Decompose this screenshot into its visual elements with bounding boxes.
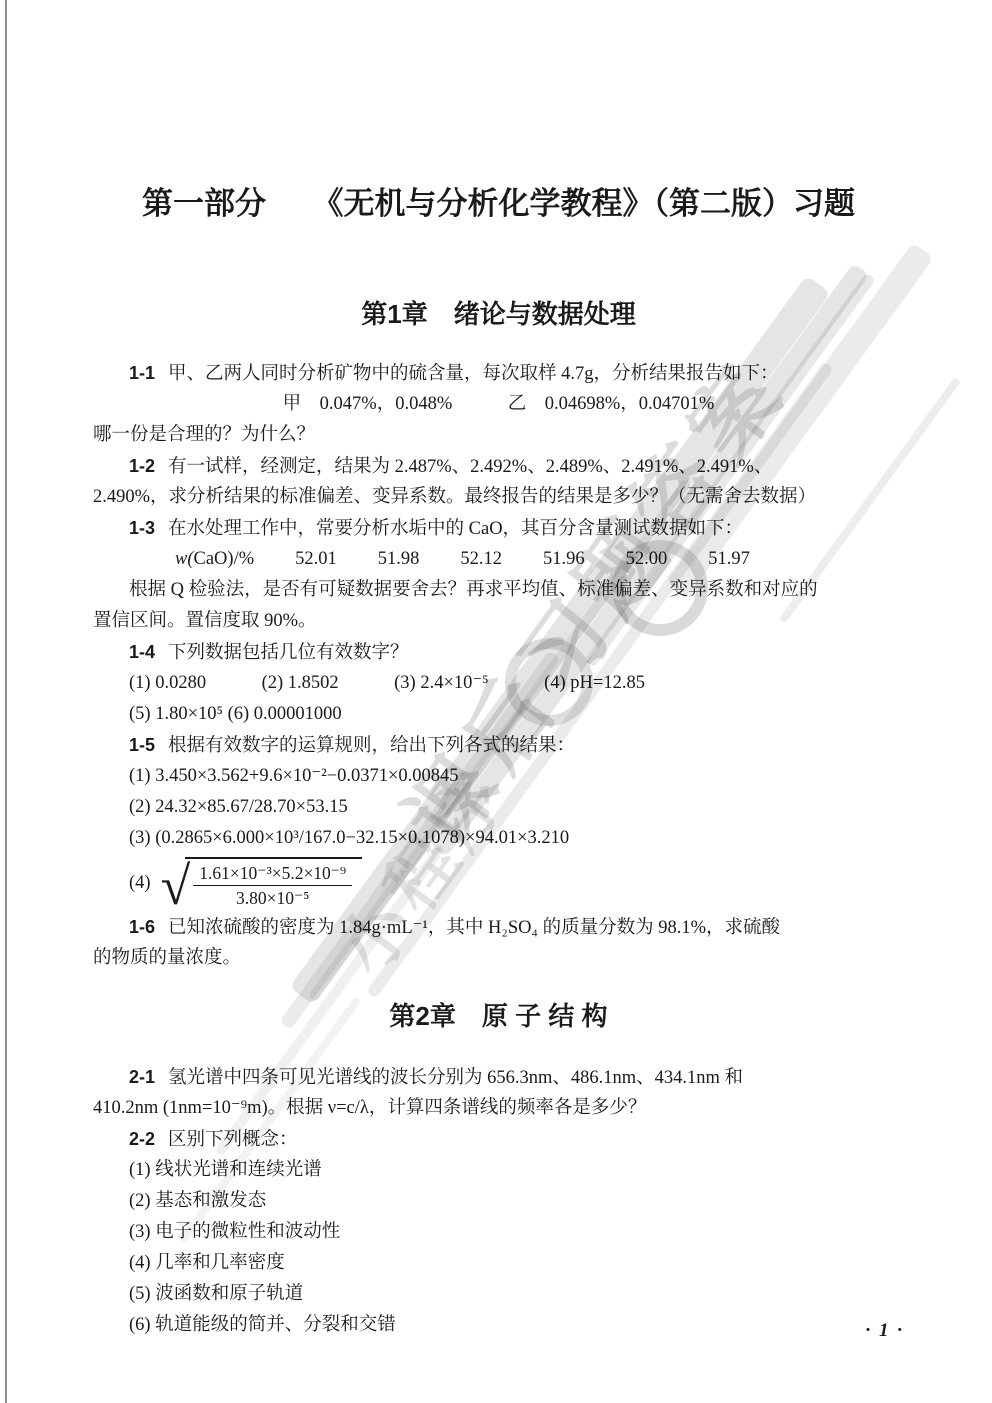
problem-text: 区别下列概念： <box>168 1130 298 1150</box>
problem-text-line: 410.2nm (1nm=10⁻⁹m)。根据 ν=c/λ，计算四条谱线的频率各是… <box>93 1093 904 1124</box>
problem-text-line: 1-3在水处理工作中，常要分析水垢中的 CaO，其百分含量测试数据如下： <box>93 513 904 544</box>
measurement-data-row: w(CaO)/%52.0151.9852.1251.9652.0051.97 <box>93 544 904 575</box>
problem-text-line: 1-5根据有效数字的运算规则，给出下列各式的结果： <box>93 730 904 761</box>
problem-text: 根据 Q 检验法，是否有可疑数据要舍去？再求平均值、标准偏差、变异系数和对应的 <box>129 580 818 600</box>
problem-text: (2) 基态和激发态 <box>129 1191 266 1211</box>
problem-text-line: (4) 几率和几率密度 <box>93 1248 904 1279</box>
data-value-cell: 52.00 <box>626 544 668 575</box>
problem-text-line: (5) 波函数和原子轨道 <box>93 1279 904 1310</box>
problem-text: (3) (0.2865×6.000×10³/167.0−32.15×0.1078… <box>129 828 569 848</box>
problem-text-line: 置信区间。置信度取 90%。 <box>93 606 904 637</box>
problem-text-line: 的物质的量浓度。 <box>93 943 904 974</box>
problem-text-line: (1) 线状光谱和连续光谱 <box>93 1155 904 1186</box>
fraction-numerator: 1.61×10⁻³×5.2×10⁻⁹ <box>193 862 352 886</box>
radical-sign: √ <box>161 859 191 913</box>
problem-text: (5) 波函数和原子轨道 <box>129 1284 303 1304</box>
problem-text-line: 2.490%，求分析结果的标准偏差、变异系数。最终报告的结果是多少？（无需舍去数… <box>93 482 904 513</box>
data-value-cell: 52.12 <box>460 544 502 575</box>
data-value-cell: 51.97 <box>708 544 750 575</box>
reported-values-line: 甲 0.047%，0.048% 乙 0.04698%，0.04701% <box>93 389 904 420</box>
problem-text: 哪一份是合理的？为什么？ <box>93 425 315 445</box>
radicand: 1.61×10⁻³×5.2×10⁻⁹3.80×10⁻⁵ <box>185 857 362 910</box>
problem-number: 1-6 <box>129 917 155 937</box>
problem-text: (4) 几率和几率密度 <box>129 1253 285 1273</box>
problem-text: (1) 线状光谱和连续光谱 <box>129 1160 322 1180</box>
scanned-textbook-page: 课后习题答案 小程序 第一部分 《无机与分析化学教程》（第二版）习题 第1章 绪… <box>0 0 992 1403</box>
chapter-heading: 第1章 绪论与数据处理 <box>93 296 904 332</box>
problem-text-line: 1-1甲、乙两人同时分析矿物中的硫含量，每次取样 4.7g，分析结果报告如下： <box>93 358 904 389</box>
problem-text-line: 1-2有一试样，经测定，结果为 2.487%、2.492%、2.489%、2.4… <box>93 451 904 482</box>
scan-edge-line <box>5 0 7 1403</box>
problem-number: 1-1 <box>129 363 155 383</box>
problem-text-line: (5) 1.80×10⁵ (6) 0.00001000 <box>93 699 904 730</box>
page-content: 第一部分 《无机与分析化学教程》（第二版）习题 第1章 绪论与数据处理1-1甲、… <box>93 182 904 1341</box>
problem-text: 的物质的量浓度。 <box>93 948 241 968</box>
problem-number: 1-3 <box>129 518 155 538</box>
problem-text: 410.2nm (1nm=10⁻⁹m)。根据 ν=c/λ，计算四条谱线的频率各是… <box>93 1098 646 1118</box>
problem-text-line: 1-4下列数据包括几位有效数字？ <box>93 637 904 668</box>
problem-number: 2-2 <box>129 1129 155 1149</box>
problem-text: 置信区间。置信度取 90%。 <box>93 611 317 631</box>
data-value-cell: 51.96 <box>543 544 585 575</box>
reported-values-text: 甲 0.047%，0.048% 乙 0.04698%，0.04701% <box>283 394 715 414</box>
radical-formula: (4)√1.61×10⁻³×5.2×10⁻⁹3.80×10⁻⁵ <box>93 854 904 912</box>
problem-number: 1-4 <box>129 642 155 662</box>
problem-text: 甲、乙两人同时分析矿物中的硫含量，每次取样 4.7g，分析结果报告如下： <box>168 364 779 384</box>
problem-text: 已知浓硫酸的密度为 1.84g·mL⁻¹，其中 H₂SO₄ 的质量分数为 98.… <box>168 918 780 938</box>
formula-item-label: (4) <box>129 873 151 894</box>
page-number: · 1 · <box>866 1320 905 1342</box>
problem-text-line: 2-1氢光谱中四条可见光谱线的波长分别为 656.3nm、486.1nm、434… <box>93 1062 904 1093</box>
part-title: 第一部分 《无机与分析化学教程》（第二版）习题 <box>93 182 904 226</box>
data-value-cell: 52.01 <box>295 544 337 575</box>
problem-text-line: 1-6已知浓硫酸的密度为 1.84g·mL⁻¹，其中 H₂SO₄ 的质量分数为 … <box>93 912 904 943</box>
problem-text: (6) 轨道能级的简并、分裂和交错 <box>129 1315 396 1335</box>
problem-text: (3) 电子的微粒性和波动性 <box>129 1222 340 1242</box>
problem-text: (2) 24.32×85.67/28.70×53.15 <box>129 797 348 817</box>
problem-text: (5) 1.80×10⁵ (6) 0.00001000 <box>129 704 342 724</box>
problem-text-line: (3) (0.2865×6.000×10³/167.0−32.15×0.1078… <box>93 823 904 854</box>
problem-text-line: (3) 电子的微粒性和波动性 <box>93 1217 904 1248</box>
problem-text-line: (2) 24.32×85.67/28.70×53.15 <box>93 792 904 823</box>
problem-text-line: (1) 0.0280 (2) 1.8502 (3) 2.4×10⁻⁵ (4) p… <box>93 668 904 699</box>
data-value-cell: 51.98 <box>378 544 420 575</box>
chapter-heading: 第2章 原 子 结 构 <box>93 998 904 1034</box>
fraction: 1.61×10⁻³×5.2×10⁻⁹3.80×10⁻⁵ <box>193 862 352 909</box>
problem-number: 1-2 <box>129 456 155 476</box>
problem-text: 2.490%，求分析结果的标准偏差、变异系数。最终报告的结果是多少？（无需舍去数… <box>93 487 816 507</box>
problem-text-line: (1) 3.450×3.562+9.6×10⁻²−0.0371×0.00845 <box>93 761 904 792</box>
problem-text: 有一试样，经测定，结果为 2.487%、2.492%、2.489%、2.491%… <box>168 457 772 477</box>
fraction-denominator: 3.80×10⁻⁵ <box>193 886 352 909</box>
problem-text-line: (6) 轨道能级的简并、分裂和交错 <box>93 1310 904 1341</box>
problem-number: 1-5 <box>129 735 155 755</box>
problem-text-line: (2) 基态和激发态 <box>93 1186 904 1217</box>
problem-text-line: 根据 Q 检验法，是否有可疑数据要舍去？再求平均值、标准偏差、变异系数和对应的 <box>93 575 904 606</box>
problem-number: 2-1 <box>129 1067 155 1087</box>
problem-text-line: 2-2区别下列概念： <box>93 1124 904 1155</box>
problem-text: 根据有效数字的运算规则，给出下列各式的结果： <box>168 736 575 756</box>
problem-text-line: 哪一份是合理的？为什么？ <box>93 420 904 451</box>
problem-lines: 第1章 绪论与数据处理1-1甲、乙两人同时分析矿物中的硫含量，每次取样 4.7g… <box>93 296 904 1341</box>
problem-text: (1) 0.0280 (2) 1.8502 (3) 2.4×10⁻⁵ (4) p… <box>129 673 645 693</box>
problem-text: 氢光谱中四条可见光谱线的波长分别为 656.3nm、486.1nm、434.1n… <box>168 1068 743 1088</box>
problem-text: 下列数据包括几位有效数字？ <box>168 643 409 663</box>
problem-text: 在水处理工作中，常要分析水垢中的 CaO，其百分含量测试数据如下： <box>168 519 743 539</box>
problem-text: (1) 3.450×3.562+9.6×10⁻²−0.0371×0.00845 <box>129 766 459 786</box>
data-row-label: w(CaO)/% <box>175 544 254 575</box>
